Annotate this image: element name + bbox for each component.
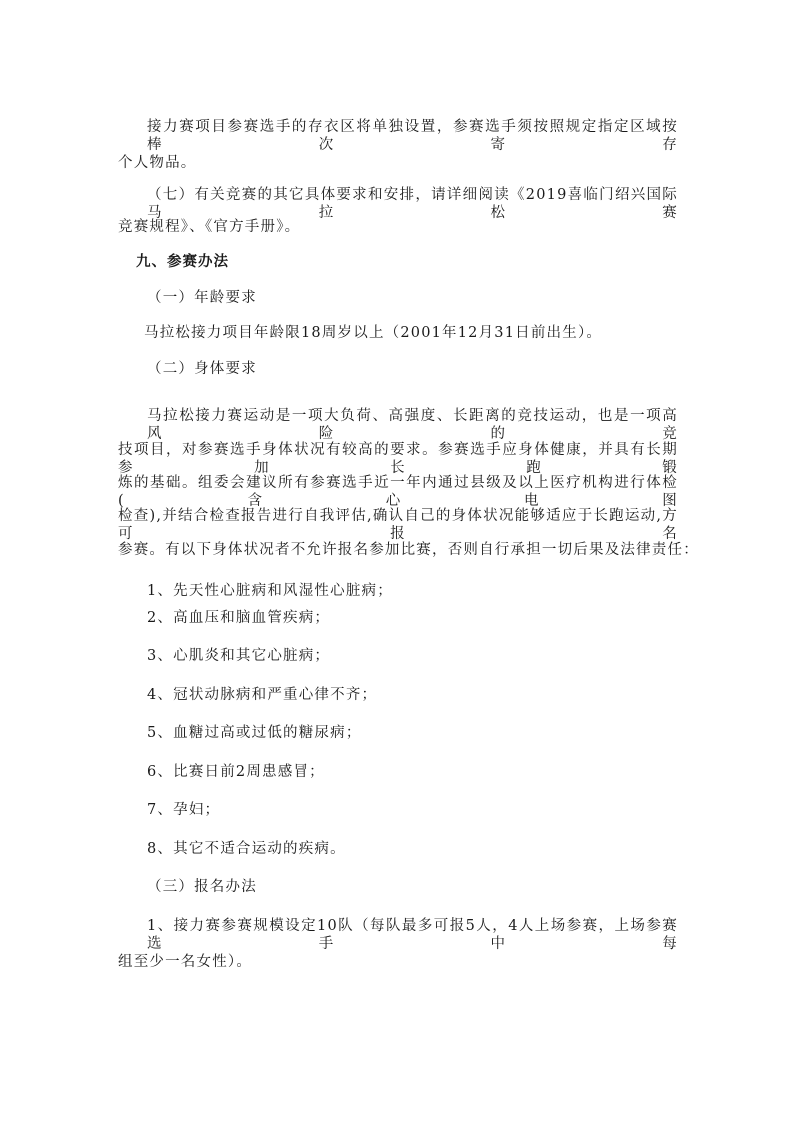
paragraph-line: 接力赛项目参赛选手的存衣区将单独设置，参赛选手须按照规定指定区域按棒次寄存	[147, 118, 678, 154]
section-heading: 九、参赛办法	[136, 253, 696, 271]
list-item: 2、高血压和脑血管疾病；	[147, 609, 707, 627]
paragraph-line: 竞赛规程》、《官方手册》。	[118, 218, 678, 236]
list-item: 7、孕妇；	[147, 801, 707, 819]
subsection-heading: （二）身体要求	[147, 360, 707, 378]
subsection-heading: （三）报名办法	[147, 878, 707, 896]
list-item: 5、血糖过高或过低的糖尿病；	[147, 724, 707, 742]
paragraph-line: （七）有关竞赛的其它具体要求和安排，请详细阅读《2019喜临门绍兴国际马拉松赛	[147, 186, 678, 222]
subsection-heading: （一）年龄要求	[147, 289, 707, 307]
paragraph-line: 1、接力赛参赛规模设定10队（每队最多可报5人，4人上场参赛，上场参赛选手中每	[147, 917, 678, 953]
list-item: 8、其它不适合运动的疾病。	[147, 840, 707, 858]
list-item: 4、冠状动脉病和严重心律不齐；	[147, 686, 707, 704]
paragraph-line: 组至少一名女性）。	[118, 953, 678, 971]
paragraph-line: 马拉松接力赛运动是一项大负荷、高强度、长距离的竞技运动，也是一项高风险的竞	[147, 407, 678, 443]
document-page: 接力赛项目参赛选手的存衣区将单独设置，参赛选手须按照规定指定区域按棒次寄存个人物…	[0, 0, 793, 1122]
paragraph-line: 炼的基础。组委会建议所有参赛选手近一年内通过县级及以上医疗机构进行体检(含心电图	[118, 474, 678, 510]
paragraph-line: 检查),并结合检查报告进行自我评估,确认自己的身体状况能够适应于长跑运动,方可报…	[118, 507, 678, 543]
paragraph-line: 参赛。有以下身体状况者不允许报名参加比赛，否则自行承担一切后果及法律责任：	[118, 541, 678, 559]
list-item: 3、心肌炎和其它心脏病；	[147, 647, 707, 665]
paragraph-line: 技项目，对参赛选手身体状况有较高的要求。参赛选手应身体健康，并具有长期参加长跑锻	[118, 441, 678, 477]
paragraph-line: 马拉松接力项目年龄限18周岁以上（2001年12月31日前出生）。	[144, 324, 704, 342]
list-item: 1、先天性心脏病和风湿性心脏病；	[147, 582, 707, 600]
paragraph-line: 个人物品。	[118, 154, 678, 172]
list-item: 6、比赛日前2周患感冒；	[147, 763, 707, 781]
